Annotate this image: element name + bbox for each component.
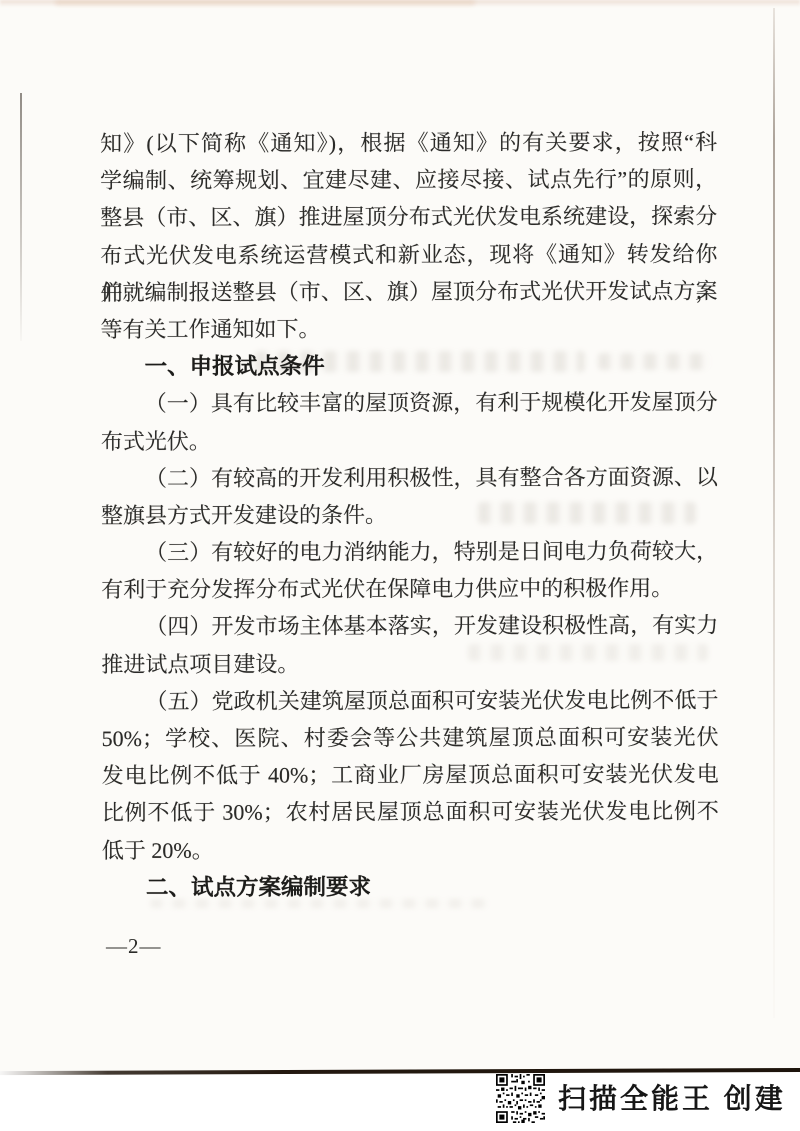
page-number: —2—	[106, 934, 162, 959]
text-line: 布式光伏发电系统运营模式和新业态，现将《通知》转发给你们，	[100, 235, 717, 274]
section-heading: 一、申报试点条件	[101, 347, 718, 386]
text-line: 比例不低于 30%；农村居民屋顶总面积可安装光伏发电比例不	[102, 793, 719, 832]
text-line: （二）有较高的开发利用积极性，具有整合各方面资源、以	[101, 458, 718, 497]
text-line: 50%；学校、医院、村委会等公共建筑屋顶总面积可安装光伏	[102, 718, 719, 757]
section-heading: 二、试点方案编制要求	[102, 867, 719, 906]
text-line: 推进试点项目建设。	[101, 644, 718, 683]
text-line: 整旗县方式开发建设的条件。	[101, 495, 718, 534]
watermark-label: 扫描全能王 创建	[558, 1077, 786, 1117]
scan-right-edge-line	[773, 8, 775, 1018]
scan-top-edge-shadow	[0, 0, 800, 7]
scan-top-edge-shadow	[55, 0, 475, 5]
text-line: （三）有较好的电力消纳能力，特别是日间电力负荷较大，	[101, 532, 718, 571]
text-line: 整县（市、区、旗）推进屋顶分布式光伏发电系统建设，探索分	[100, 198, 717, 237]
text-line: （一）具有比较丰富的屋顶资源，有利于规模化开发屋顶分	[101, 384, 718, 423]
text-line: 布式光伏。	[101, 421, 718, 460]
text-line: 学编制、统筹规划、宜建尽建、应接尽接、试点先行”的原则，	[100, 161, 717, 200]
text-line: （四）开发市场主体基本落实，开发建设积极性高，有实力	[101, 607, 718, 646]
text-line: （五）党政机关建筑屋顶总面积可安装光伏发电比例不低于	[101, 681, 718, 720]
text-line: 等有关工作通知如下。	[100, 309, 717, 348]
text-line: 知》(以下简称《通知》)，根据《通知》的有关要求，按照“科	[100, 123, 717, 162]
text-line: 有利于充分发挥分布式光伏在保障电力供应中的积极作用。	[101, 570, 718, 609]
text-line: 低于 20%。	[102, 830, 719, 869]
document-body: 知》(以下简称《通知》)，根据《通知》的有关要求，按照“科 学编制、统筹规划、宜…	[100, 123, 719, 906]
text-line: 并就编制报送整县（市、区、旗）屋顶分布式光伏开发试点方案	[100, 272, 717, 311]
qr-code-icon	[496, 1074, 545, 1123]
text-line: 发电比例不低于 40%；工商业厂房屋顶总面积可安装光伏发电	[102, 756, 719, 795]
scan-left-edge-line	[20, 93, 22, 341]
